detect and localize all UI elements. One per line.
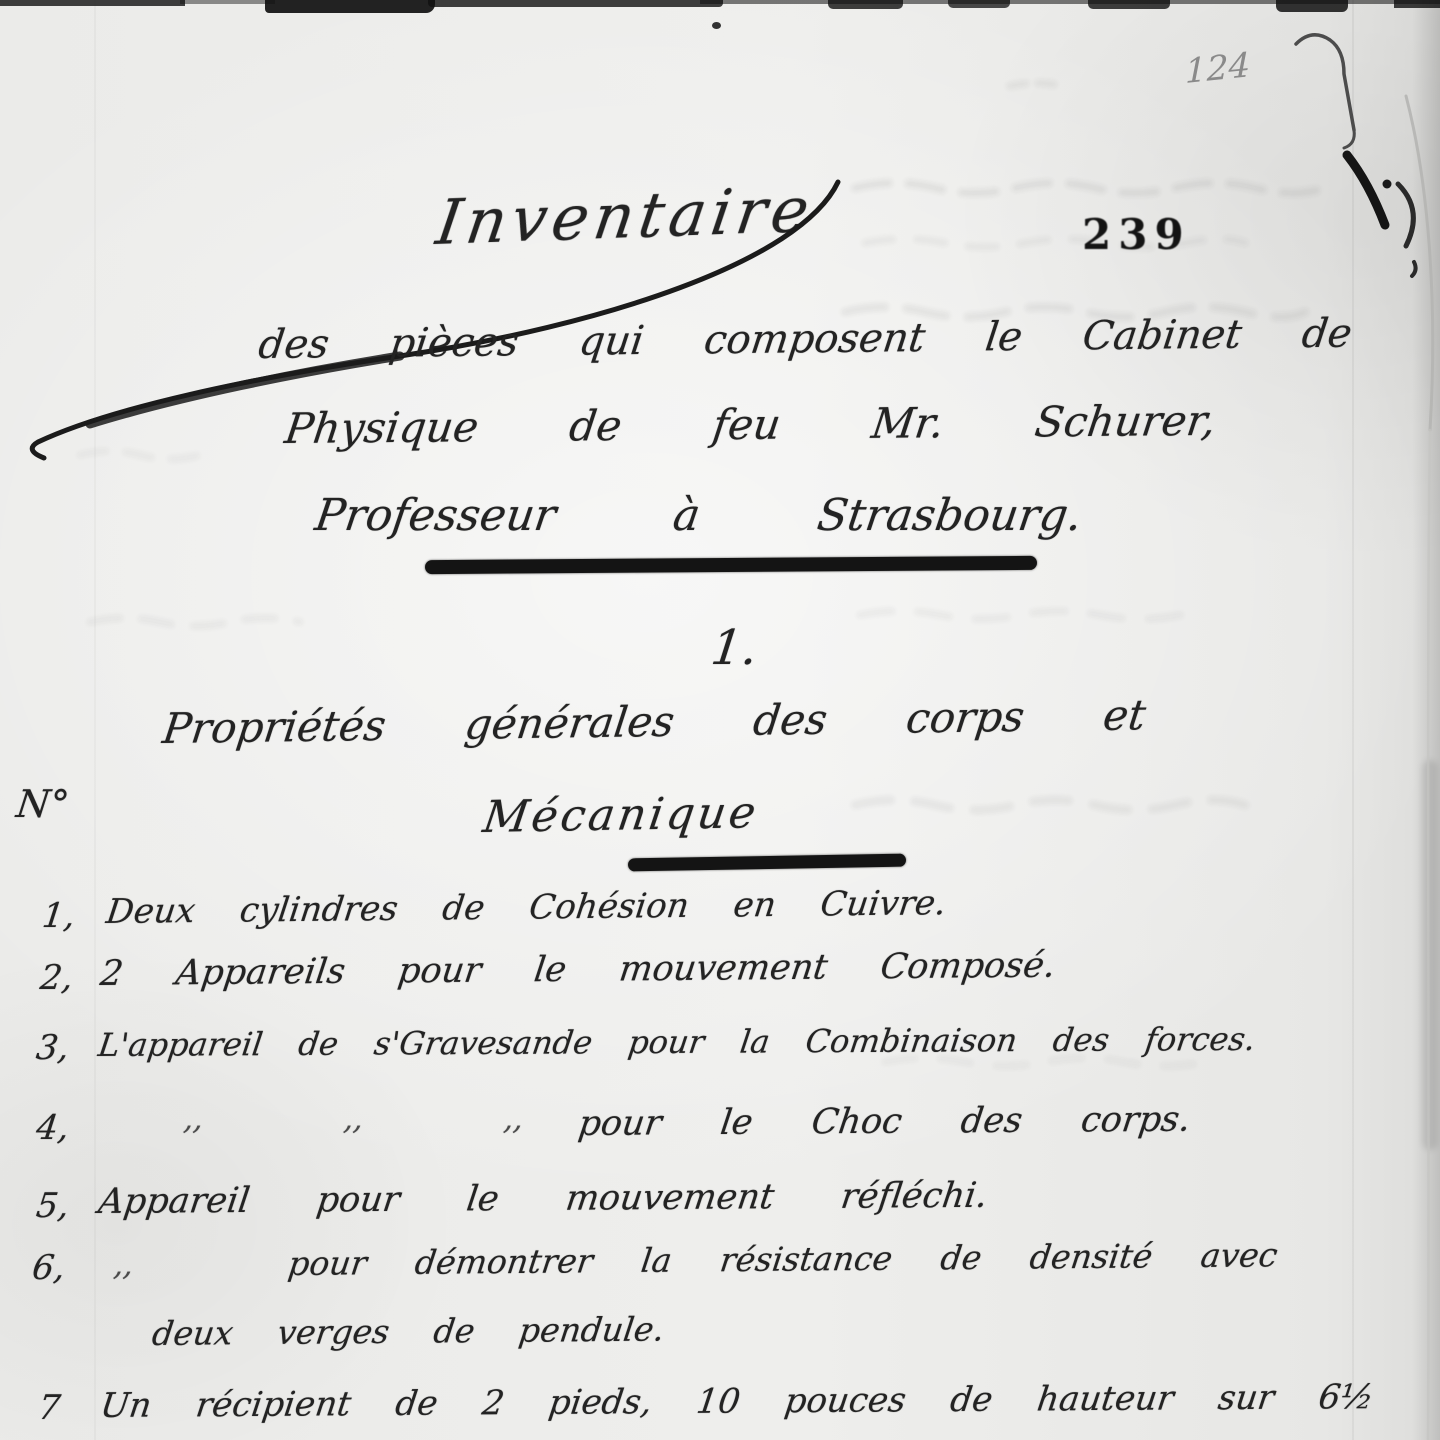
item-text: L'appareil de s'Gravesande pour la Combi…: [96, 1020, 1258, 1064]
title-inventaire: Inventaire: [432, 173, 819, 259]
margin-number-header: N°: [14, 782, 72, 826]
item-text: pour le Choc des corps.: [576, 1100, 1193, 1144]
item-text: Appareil pour le mouvement réfléchi.: [96, 1176, 990, 1222]
item-text-continued: deux verges de pendule.: [150, 1310, 667, 1353]
section-number: 1.: [708, 620, 761, 676]
section-heading-line-2: Mécanique: [480, 787, 762, 843]
item-text: 2 Appareils pour le mouvement Composé.: [98, 946, 1058, 994]
stamp-number: 239: [1082, 210, 1191, 259]
item-number: 3,: [34, 1028, 71, 1068]
manuscript-page-scan: 124 239 Inventaire des pièces qui compos…: [0, 0, 1440, 1440]
item-number: 2,: [38, 958, 75, 998]
item-number: 1,: [40, 896, 77, 936]
item-number: 6,: [30, 1248, 67, 1288]
item-number: 5,: [34, 1186, 71, 1226]
subtitle-line-3: Professeur à Strasbourg.: [312, 490, 1085, 541]
item-number: 4,: [34, 1108, 71, 1148]
subtitle-line-2: Physique de feu Mr. Schurer,: [282, 396, 1219, 453]
item-number: 7: [36, 1388, 63, 1428]
